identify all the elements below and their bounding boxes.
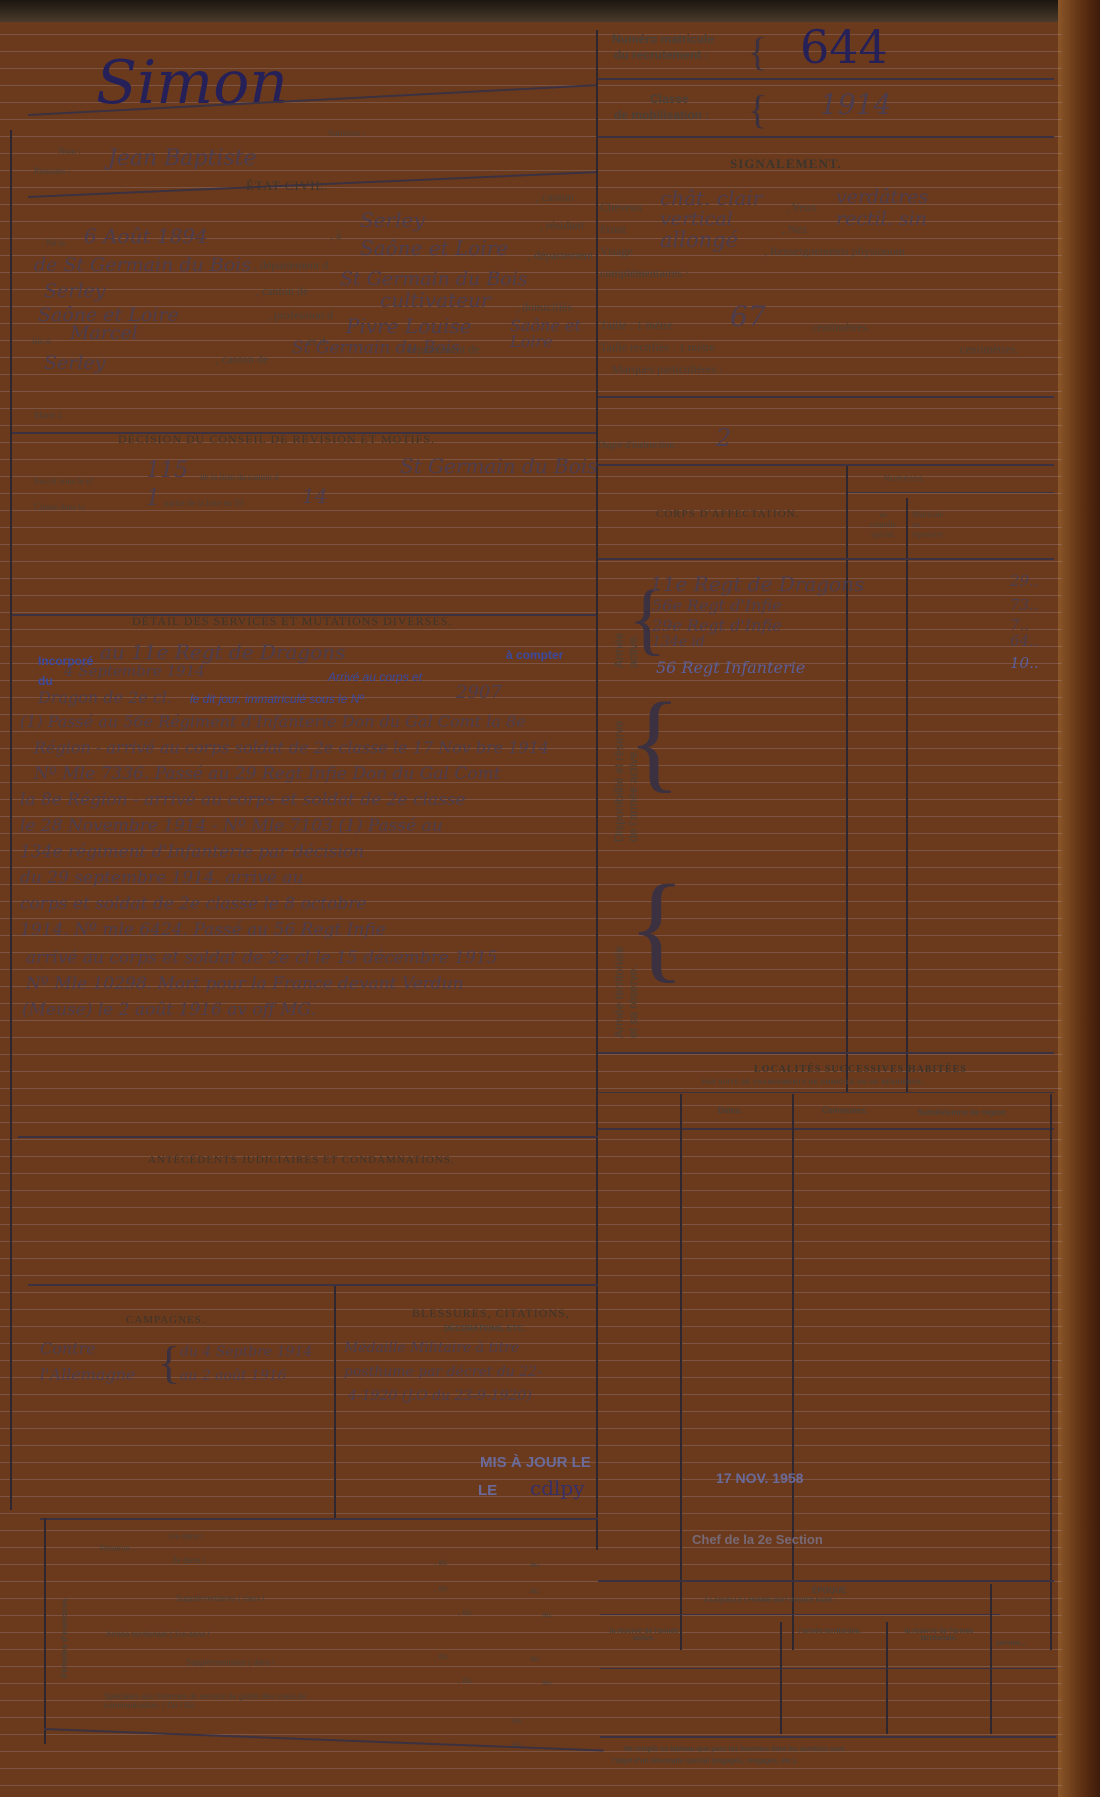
epoque-col: la réserve de l'armée territoriale.: [894, 1628, 984, 1642]
departement-value: Saône et Loire: [360, 236, 508, 260]
periode-row: Supplémentaires { dans l: [186, 1658, 275, 1667]
residant-canton-label: , canton de: [256, 284, 308, 299]
stamp-date: 17 NOV. 1958: [716, 1470, 803, 1486]
stamp-section: Chef de la 2e Section: [692, 1532, 823, 1547]
campagne-du: du 4 Septbre 1914: [180, 1344, 312, 1360]
brace: {: [158, 1336, 180, 1389]
dom-dept: Saône et Loire: [510, 318, 590, 350]
divider: [600, 1668, 1056, 1669]
periode-row: 2e dans l: [172, 1556, 204, 1565]
service-line: au 11e Regt de Dragons: [100, 640, 345, 664]
service-line: corps et soldat de 2e classe le 8 octobr…: [20, 894, 366, 914]
service-line: Nº Mle 7336. Passé au 29 Regt Infie Don …: [34, 764, 501, 784]
col-controle-special: au contrôle spécial.: [870, 510, 896, 540]
matricule-label: Numéro matricule: [612, 32, 714, 46]
visage-value: allongé: [660, 228, 738, 252]
column-divider: [44, 1518, 46, 1744]
cheveux-value: chât. clair: [660, 186, 762, 210]
divider: [598, 136, 1054, 138]
epoque-footnote: Ne remplir ce tableau que pour les homme…: [624, 1746, 845, 1753]
column-divider: [596, 30, 598, 1550]
inscrit-label: Inscrit sous le nº: [34, 476, 94, 486]
profession-value: cultivateur: [380, 288, 490, 312]
brace: {: [748, 86, 767, 133]
front-value: vertical: [660, 208, 733, 230]
brace: {: [748, 28, 767, 75]
service-line: 4 Septembre 1914: [64, 662, 205, 680]
periodes-side-label: Périodes d'exercices.: [60, 1596, 69, 1678]
service-line: arrivé au corps et soldat de 2e cl le 15…: [26, 948, 498, 968]
reserve-label: Réserve....: [100, 1544, 139, 1553]
degre-value: 2: [716, 424, 731, 452]
register-page: Simon Nom : Surnoms : Prénoms : Jean Bap…: [0, 18, 1062, 1797]
services-heading: Détail des services et mutations diverse…: [132, 614, 452, 629]
periode-au: au: [530, 1560, 539, 1569]
conseil-revision-heading: Décision du conseil de revision et motif…: [118, 432, 435, 447]
campagne-contre: Contre l'Allemagne: [40, 1336, 160, 1388]
fils-label: fils d: [32, 336, 50, 346]
epoque-col: service...: [996, 1640, 1026, 1647]
divider: [28, 1284, 598, 1286]
epoque-footnote: l'objet d'un décompte spécial (engagés, …: [612, 1758, 797, 1765]
divider: [600, 1736, 1056, 1738]
periode-au: au: [542, 1678, 551, 1687]
antecedents-heading: Antécédents judiciaires et condamnations…: [148, 1154, 455, 1166]
blessure-line: 4-1920 (J.O du 23-9-1920): [348, 1388, 532, 1404]
residant-label: , résidant: [540, 218, 584, 233]
divider: [598, 1128, 1054, 1130]
mere-value: Pivre Louise: [346, 314, 472, 338]
divider: [598, 464, 1054, 466]
periode-row: Armée territoriale { 1re dans l: [106, 1630, 210, 1639]
epoque-heading: Époque: [812, 1586, 846, 1595]
brace: {: [628, 678, 681, 805]
a-label: , à: [330, 228, 341, 243]
periode-au: au: [542, 1610, 551, 1619]
dom-canton-label: , canton de: [216, 352, 268, 367]
affectation-entry: 56 Regt Infanterie: [656, 658, 805, 677]
localites-col-communes: Communes.: [822, 1106, 868, 1115]
column-divider: [334, 1286, 336, 1518]
periode-row: Spéciales aux hommes du service de garde…: [104, 1692, 344, 1710]
printed-du: du: [38, 674, 53, 688]
service-line: Région - arrivé au corps soldat de 2e cl…: [34, 738, 549, 757]
yeux-value: verdâtres: [836, 186, 928, 208]
blessure-line: Médaille Militaire à titre: [344, 1340, 519, 1356]
service-line: du 29 septembre 1914. arrivé au: [20, 868, 303, 888]
service-line: la 8e Région - arrivé au corps et soldat…: [20, 790, 466, 810]
affectation-entry: 134e id: [652, 634, 705, 650]
column-divider: [780, 1622, 782, 1734]
classe-label: Classe: [650, 92, 689, 106]
cheveux-label: Cheveux: [600, 200, 643, 215]
matricule-value: 644: [800, 20, 888, 74]
classe-label-2: de mobilisation :: [614, 108, 709, 122]
taille-rectifiee-label: Taille rectifiée : 1 mètre: [600, 340, 715, 355]
inscrit-value: 115: [146, 458, 188, 483]
column-divider: [792, 1094, 794, 1650]
periode-du: , du: [434, 1558, 447, 1567]
service-line: (Meuse) le 2 août 1916 av off MG.: [22, 1000, 316, 1020]
service-line: (1) Passé au 56e Régiment d'Infanterie D…: [20, 712, 526, 731]
localites-heading: Localités successives habitées: [754, 1064, 967, 1075]
marie-label: Marié à: [34, 410, 62, 420]
classe-dans-value: 1: [146, 486, 160, 511]
nom-value: Simon: [96, 48, 288, 118]
marques-label: Marques particulières :: [612, 362, 723, 377]
etat-civil-heading: État civil.: [246, 178, 329, 194]
classe-dans-label: Classé dans la: [34, 502, 85, 512]
periode-du: , du: [458, 1676, 471, 1685]
localites-col-subdivisions: Subdivisions de région: [918, 1108, 1006, 1117]
printed-jour: le dit jour, immatriculé sous le Nº: [190, 692, 364, 706]
profession-label: , profession d: [268, 308, 333, 323]
taille-value: 67: [730, 300, 766, 333]
nez-label: , Nez: [782, 222, 807, 237]
service-line: 134e régiment d'Infanterie par décision: [20, 842, 364, 862]
localites-subheading: par suite de changements de domicile ou …: [702, 1080, 924, 1086]
stamp-mis-a-jour: MIS À JOUR LE: [480, 1454, 591, 1471]
birthplace-value: Serley: [360, 208, 425, 232]
divider: [848, 492, 1054, 493]
periode-au: au: [512, 1716, 521, 1725]
periode-au: au: [530, 1586, 539, 1595]
degre-label: Degré d'instruction :: [598, 440, 680, 451]
departement-label: , département d: [254, 258, 328, 273]
matricule-number: 10..: [1010, 654, 1039, 672]
canton-value: de St Germain du Bois: [34, 254, 251, 276]
service-line: Dragon de 2e cl.: [38, 688, 172, 707]
divider: [598, 558, 1054, 560]
pere-value: Marcel: [70, 322, 138, 344]
partie-label: partie de la liste en 19: [164, 498, 243, 508]
matricule-number: 64..: [1010, 632, 1039, 650]
periode-du: , du: [434, 1584, 447, 1593]
book-spine: [1058, 0, 1100, 1797]
periode-row: Supplémentaires { dans l: [176, 1594, 265, 1603]
affectation-entry: 56e Regt d'Infie: [652, 596, 782, 615]
blessures-subheading: décorations, etc.: [444, 1324, 525, 1333]
renseignements-label: , Renseignements physionom: [764, 244, 905, 259]
epoque-col: l'armée territoriale.: [790, 1628, 870, 1635]
classe-value: 1914: [820, 88, 891, 121]
taille-label: Taille : 1 mètre: [600, 318, 673, 333]
complementaires-label: complémentaires :: [600, 266, 688, 281]
signalement-heading: Signalement.: [730, 156, 842, 172]
prenoms-label: Prénoms :: [34, 166, 70, 176]
blessure-line: posthume par décret du 22-: [344, 1364, 542, 1380]
divider: [600, 1614, 1000, 1615]
printed-a-compter: à compter: [506, 648, 563, 662]
liste-canton-value: St Germain du Bois: [400, 454, 597, 478]
service-line: le 28 Novembre 1914 - Nº Mle 7103 (1) Pa…: [20, 816, 443, 836]
prenoms-value: Jean Baptiste: [108, 146, 257, 171]
stamp-le: LE: [478, 1482, 497, 1499]
residant-canton: St Germain du Bois: [340, 268, 528, 290]
column-divider: [1050, 1094, 1052, 1650]
divider: [598, 1052, 1054, 1054]
periode-du: , du: [458, 1608, 471, 1617]
epoque-subheading: à laquelle l'homme doit passer dans :: [704, 1598, 836, 1604]
service-line: 2907: [456, 682, 502, 703]
liste-canton-label: de la liste du canton d: [200, 472, 279, 482]
residant-dept-label: , département: [528, 248, 593, 263]
campagne-au: au 2 août 1916: [180, 1368, 287, 1384]
dom-a: Serley: [44, 352, 105, 374]
numeros-heading: Numéros: [884, 474, 923, 483]
periode-du: , du: [434, 1652, 447, 1661]
canton-label: , canton: [536, 190, 574, 205]
nom-label: Nom :: [58, 146, 81, 156]
stamp-initials: cdlpy: [530, 1476, 585, 1500]
column-divider: [990, 1584, 992, 1734]
epoque-col: la réserve de l'armée active.: [604, 1628, 684, 1642]
divider: [598, 1092, 1054, 1093]
column-divider: [886, 1622, 888, 1734]
column-divider: [680, 1094, 682, 1650]
divider: [598, 78, 1054, 80]
divider: [598, 396, 1054, 398]
affectation-entry: 29e Regt d'Infie: [652, 616, 782, 635]
ne-le-value: 6 Août 1894: [84, 224, 208, 248]
col-matricule: Matricule ou répertoire: [912, 510, 943, 540]
dom-dept-label: département de: [406, 342, 480, 357]
matricule-number: 29..: [1010, 572, 1039, 590]
service-line: 1914. Nº mle 6424. Passé au 56 Regt Infi…: [20, 920, 386, 940]
ne-le-label: Né le: [46, 238, 65, 248]
corps-affectation-heading: Corps d'affectation.: [656, 508, 799, 520]
yeux-label: , Yeux: [786, 200, 816, 215]
localites-col-dates: Dates.: [718, 1106, 742, 1115]
matricule-label-2: du recrutement :: [614, 48, 709, 62]
residant-a: Serley: [44, 280, 105, 302]
campagnes-heading: Campagnes.: [126, 1314, 206, 1326]
page-border: [10, 130, 12, 1510]
affectation-entry: 11e Regt de Dragons: [650, 572, 864, 596]
service-line: Nº Mle 10298. Mort pour la France devant…: [26, 974, 464, 994]
surnoms-label: Surnoms :: [328, 128, 365, 138]
front-label: Front: [600, 222, 626, 237]
printed-arrive: Arrivé au corps et: [328, 670, 422, 684]
centimetres-label-2: centimètres.: [960, 342, 1018, 357]
column-divider: [906, 498, 908, 1092]
periode-au: au: [530, 1654, 539, 1663]
divider: [598, 1580, 1054, 1582]
brace: {: [628, 858, 686, 996]
matricule-number: 73..: [1010, 596, 1039, 614]
divider: [18, 1136, 598, 1138]
blessures-heading: Blessures, citations,: [412, 1306, 570, 1321]
periode-row: 1re dans l: [168, 1532, 203, 1541]
partie-annee: 14: [302, 484, 327, 508]
domicilies-label: , domiciliés: [516, 300, 572, 315]
visage-label: Visage: [600, 244, 633, 259]
divider: [40, 1518, 598, 1520]
centimetres-label: centimètres.: [812, 320, 870, 335]
nez-value: rectil. sin: [836, 208, 927, 230]
